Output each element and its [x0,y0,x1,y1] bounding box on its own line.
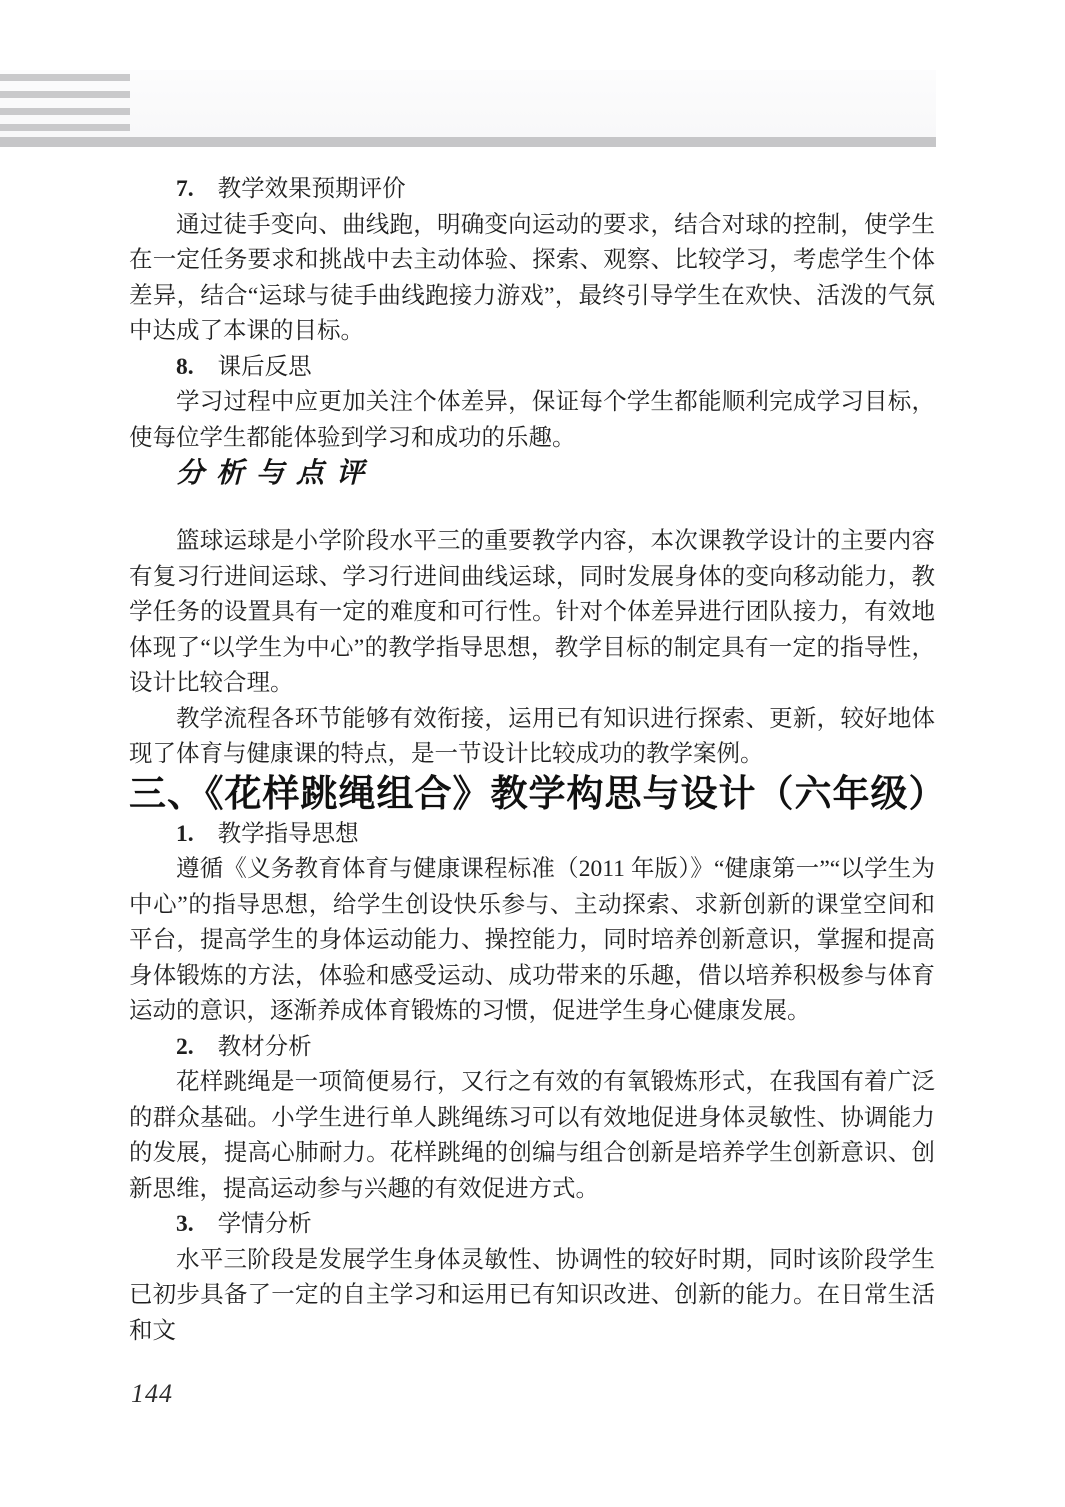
paragraph-item-1-body: 遵循《义务教育体育与健康课程标准（2011 年版）》“健康第一”“以学生为中心”… [129,852,935,1030]
item-number: 1. [176,821,194,847]
header-stripe [0,108,130,115]
paragraph-item-8-body: 学习过程中应更加关注个体差异，保证每个学生都能顺利完成学习目标，使每位学生都能体… [129,385,935,456]
page-content: 7.教学效果预期评价 通过徒手变向、曲线跑，明确变向运动的要求，结合对球的控制，… [129,172,935,1349]
page-number: 144 [131,1379,173,1409]
header-shade [0,70,936,137]
item-8-title: 8.课后反思 [129,350,935,386]
header-band [0,137,936,147]
item-title-text: 教学指导思想 [218,821,359,847]
paragraph-item-2-body: 花样跳绳是一项简便易行，又行之有效的有氧锻炼形式，在我国有着广泛的群众基础。小学… [129,1065,935,1207]
paragraph-review-2: 教学流程各环节能够有效衔接，运用已有知识进行探索、更新，较好地体现了体育与健康课… [129,702,935,773]
item-7-title: 7.教学效果预期评价 [129,172,935,208]
header-stripe [0,91,130,98]
item-3-title: 3.学情分析 [129,1207,935,1243]
item-number: 2. [176,1034,194,1060]
item-title-text: 学情分析 [218,1211,312,1237]
item-1-title: 1.教学指导思想 [129,817,935,853]
paragraph-item-7-body: 通过徒手变向、曲线跑，明确变向运动的要求，结合对球的控制，使学生在一定任务要求和… [129,208,935,350]
paragraph-item-3-body: 水平三阶段是发展学生身体灵敏性、协调性的较好时期，同时该阶段学生已初步具备了一定… [129,1243,935,1350]
item-2-title: 2.教材分析 [129,1030,935,1066]
item-title-text: 教材分析 [218,1034,312,1060]
item-number: 7. [176,176,194,202]
item-number: 8. [176,354,194,380]
chapter-heading: 三、《花样跳绳组合》教学构思与设计（六年级） [129,773,935,817]
review-heading: 分析与点评 [129,456,935,492]
paragraph-review-1: 篮球运球是小学阶段水平三的重要教学内容，本次课教学设计的主要内容有复习行进间运球… [129,524,935,702]
item-number: 3. [176,1211,194,1237]
item-title-text: 课后反思 [218,354,312,380]
header-stripe [0,124,130,131]
book-page: 7.教学效果预期评价 通过徒手变向、曲线跑，明确变向运动的要求，结合对球的控制，… [0,0,1065,1507]
header-stripe [0,74,130,81]
item-title-text: 教学效果预期评价 [218,176,406,202]
